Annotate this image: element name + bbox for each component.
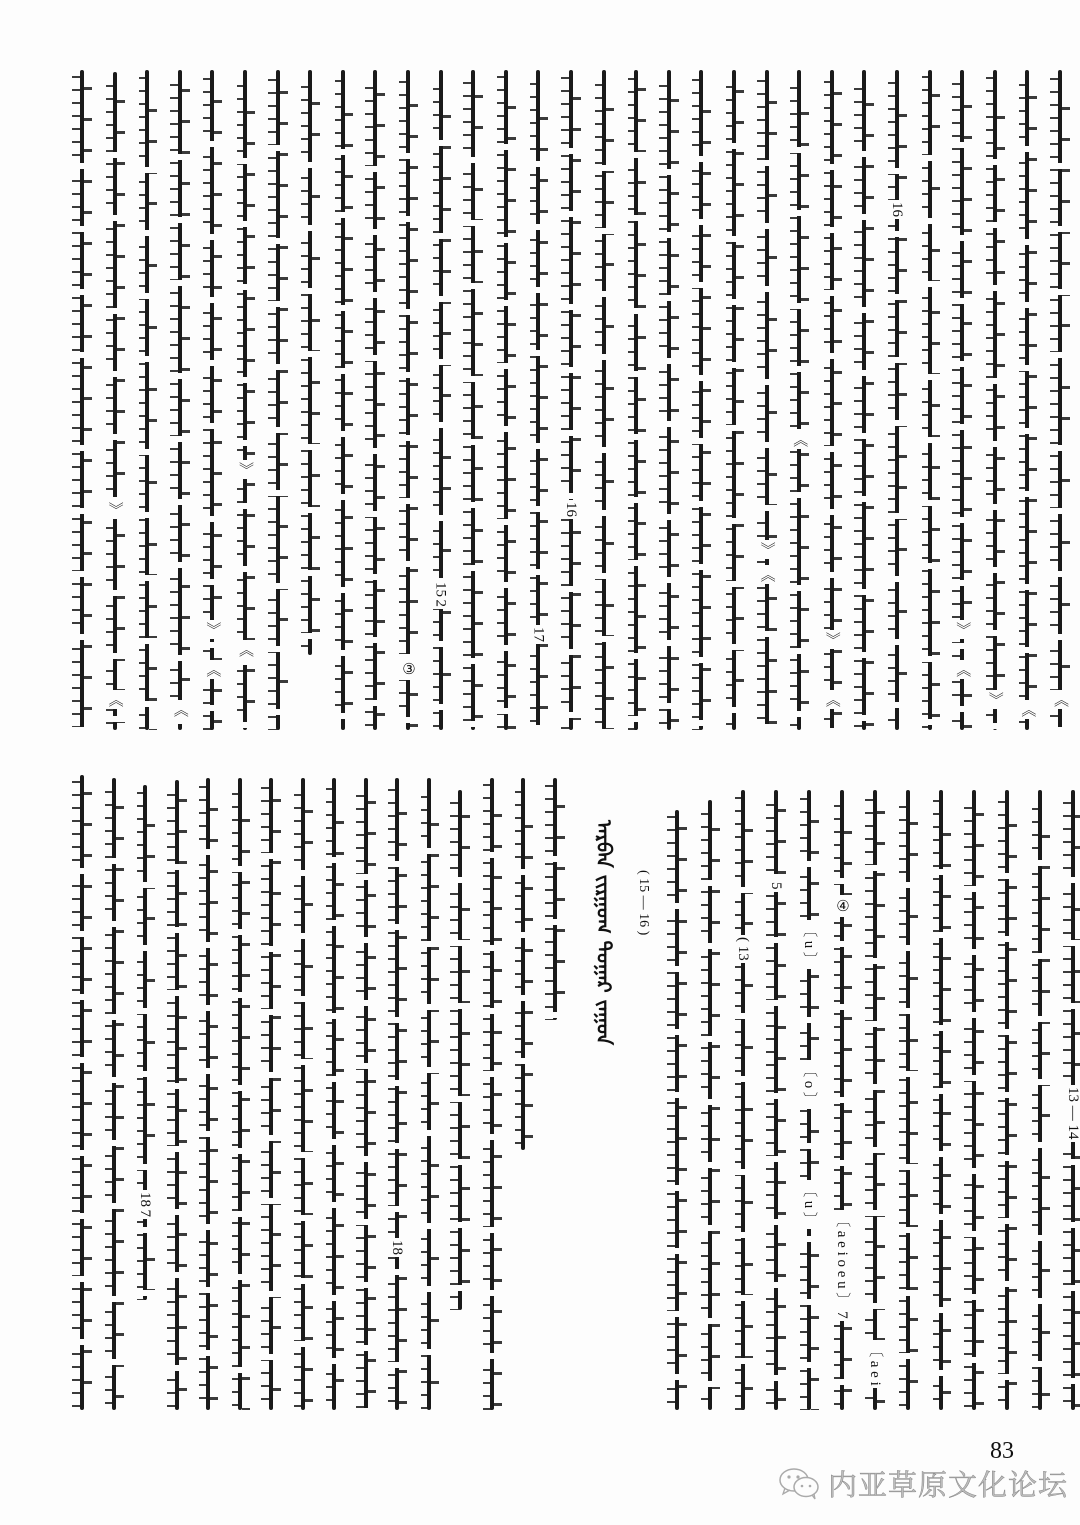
word-gap [1059, 1003, 1080, 1009]
word-gap [198, 642, 226, 648]
word-gap [131, 945, 159, 951]
word-gap [828, 878, 856, 884]
word-gap [948, 580, 976, 586]
inline-token: 13 — 14 [1061, 1085, 1080, 1142]
word-gap [478, 1071, 506, 1077]
word-gap [1013, 365, 1041, 371]
word-gap [590, 573, 618, 579]
script-glyphs [102, 778, 126, 1410]
word-gap [927, 1088, 955, 1094]
word-gap [655, 577, 683, 583]
text-column [665, 810, 689, 1410]
word-gap [257, 1417, 285, 1423]
script-glyphs [165, 780, 189, 1410]
word-gap [861, 1147, 889, 1153]
text-column [592, 70, 616, 730]
word-gap [427, 422, 455, 428]
word-gap [198, 234, 226, 240]
word-gap [960, 1012, 988, 1018]
inline-token: ④ [830, 895, 854, 917]
word-gap [729, 1013, 757, 1019]
word-gap [383, 924, 411, 930]
word-gap [524, 569, 552, 575]
word-gap [509, 869, 537, 875]
word-gap [590, 165, 618, 171]
word-gap [264, 301, 292, 307]
text-column [354, 778, 378, 1410]
word-gap [320, 857, 348, 863]
word-gap [264, 238, 292, 244]
word-gap [329, 305, 357, 311]
word-gap [427, 140, 455, 146]
word-gap [795, 1236, 823, 1242]
word-gap [883, 702, 911, 708]
word-gap [524, 506, 552, 512]
word-gap [1013, 239, 1041, 245]
text-column: 《》 [233, 70, 257, 730]
word-gap [753, 724, 781, 730]
word-gap [762, 1282, 790, 1288]
inline-token: 15 [429, 580, 453, 599]
word-gap [383, 1206, 411, 1212]
word-gap [231, 158, 259, 164]
script-glyphs [103, 72, 127, 730]
word-gap [446, 877, 474, 883]
word-gap [762, 1093, 790, 1099]
word-gap [394, 216, 422, 222]
word-gap [729, 1295, 757, 1301]
word-gap [622, 308, 650, 314]
word-gap [226, 929, 254, 935]
word-gap [427, 704, 455, 710]
text-column: 18 [385, 778, 409, 1410]
word-gap [198, 516, 226, 522]
word-gap [850, 715, 878, 721]
section-heading: ᠠᠷᠪᠠᠨ ᠵᠢᠷᠭᠤᠭ ᠳᠤᠭᠠᠷ ᠵᠠᠭᠤᠨ [592, 820, 622, 1045]
script-glyphs [461, 70, 485, 730]
word-gap [68, 1339, 96, 1345]
word-gap [828, 1004, 856, 1010]
word-gap [289, 996, 317, 1002]
watermark: 内亚草原文化论坛 [778, 1463, 1068, 1504]
word-gap [720, 644, 748, 650]
word-gap [960, 1231, 988, 1237]
word-gap [68, 289, 96, 295]
word-gap [264, 646, 292, 652]
script-glyphs [354, 778, 378, 1410]
text-column [102, 778, 126, 1410]
word-gap [687, 564, 715, 570]
word-gap [753, 379, 781, 385]
word-gap [226, 866, 254, 872]
word-gap [329, 149, 357, 155]
text-column [461, 70, 485, 730]
text-column: ( 13 [731, 790, 755, 1410]
word-gap [1046, 163, 1074, 169]
word-gap [687, 375, 715, 381]
word-gap [459, 220, 487, 226]
word-gap [1046, 445, 1074, 451]
word-gap [818, 353, 846, 359]
text-column [689, 70, 713, 730]
word-gap [524, 350, 552, 356]
word-gap [993, 1092, 1021, 1098]
text-column: 13 — 14 [1061, 790, 1080, 1410]
word-gap [948, 235, 976, 241]
word-gap [1026, 860, 1054, 866]
word-gap [557, 367, 585, 373]
inline-token: 《 [200, 660, 224, 679]
word-gap [696, 943, 724, 949]
word-gap [818, 509, 846, 515]
word-gap [916, 281, 944, 287]
word-gap [509, 1151, 537, 1157]
word-gap [289, 1341, 317, 1347]
word-gap [163, 1209, 191, 1215]
text-column: 〔 a e i [863, 790, 887, 1410]
word-gap [166, 373, 194, 379]
word-gap [231, 659, 259, 665]
word-gap [981, 441, 1009, 447]
word-gap [960, 1075, 988, 1081]
word-gap [394, 498, 422, 504]
word-gap [729, 1169, 757, 1175]
word-gap [883, 168, 911, 174]
word-gap [257, 1198, 285, 1204]
word-gap [492, 582, 520, 588]
word-gap [68, 931, 96, 937]
word-gap [557, 493, 585, 499]
text-column: 17 [526, 70, 550, 730]
text-column [228, 778, 252, 1410]
wechat-icon [778, 1467, 822, 1501]
inline-token: 《 [1015, 700, 1039, 719]
word-gap [289, 1278, 317, 1284]
word-gap [257, 946, 285, 952]
text-column [896, 790, 920, 1410]
word-gap [231, 284, 259, 290]
word-gap [446, 1096, 474, 1102]
word-gap [795, 861, 823, 867]
word-gap [289, 1152, 317, 1158]
watermark-text: 内亚草原文化论坛 [828, 1463, 1068, 1504]
word-gap [166, 499, 194, 505]
word-gap [415, 1067, 443, 1073]
word-gap [296, 162, 324, 168]
inline-token: 》 [950, 620, 974, 639]
word-gap [383, 1269, 411, 1275]
word-gap [1026, 1016, 1054, 1022]
script-glyphs [929, 790, 953, 1410]
word-gap [927, 1307, 955, 1313]
word-gap [861, 958, 889, 964]
word-gap [198, 297, 226, 303]
text-column [363, 70, 387, 730]
word-gap [329, 212, 357, 218]
script-glyphs [863, 790, 887, 1410]
text-column [298, 70, 322, 655]
text-column [331, 70, 355, 730]
word-gap [557, 148, 585, 154]
word-gap [795, 1143, 823, 1149]
word-gap [1046, 634, 1074, 640]
word-gap [622, 716, 650, 722]
word-gap [415, 1349, 443, 1355]
word-gap [1059, 1222, 1080, 1228]
word-gap [100, 1077, 128, 1083]
script-glyphs [494, 70, 518, 730]
word-gap [427, 641, 455, 647]
word-gap [729, 1076, 757, 1082]
word-gap [68, 727, 96, 733]
word-gap [655, 169, 683, 175]
word-gap [459, 658, 487, 664]
word-gap [1059, 1285, 1080, 1291]
word-gap [320, 1358, 348, 1364]
word-gap [927, 869, 955, 875]
word-gap [231, 503, 259, 509]
word-gap [329, 587, 357, 593]
inline-token: 》 [200, 620, 224, 639]
word-gap [264, 583, 292, 589]
text-column [291, 778, 315, 1410]
word-gap [622, 653, 650, 659]
word-gap [1013, 647, 1041, 653]
word-gap [383, 1143, 411, 1149]
word-gap [861, 865, 889, 871]
inline-token: 》 [233, 460, 257, 479]
section-heading-title: ᠠᠷᠪᠠᠨ ᠵᠢᠷᠭᠤᠭ ᠳᠤᠭᠠᠷ ᠵᠠᠭᠤᠨ [592, 820, 616, 1045]
word-gap [894, 945, 922, 951]
word-gap [524, 287, 552, 293]
word-gap [492, 300, 520, 306]
text-column: 》 [983, 70, 1007, 730]
word-gap [478, 1227, 506, 1233]
word-gap [194, 1005, 222, 1011]
word-gap [663, 1029, 691, 1035]
word-gap [296, 351, 324, 357]
word-gap [927, 932, 955, 938]
inline-token: ③ [396, 658, 420, 680]
word-gap [320, 1421, 348, 1427]
word-gap [981, 159, 1009, 165]
word-gap [231, 440, 259, 446]
text-column: 1718 [133, 785, 157, 1300]
word-gap [352, 1408, 380, 1414]
word-gap [361, 700, 389, 706]
inline-token: 《 [1048, 690, 1072, 709]
word-gap [818, 572, 846, 578]
word-gap [509, 932, 537, 938]
word-gap [541, 1012, 569, 1018]
text-column [322, 778, 346, 1410]
word-gap [1013, 428, 1041, 434]
word-gap [993, 1155, 1021, 1161]
word-gap [753, 505, 781, 511]
word-gap [696, 1036, 724, 1042]
word-gap [948, 142, 976, 148]
word-gap [133, 575, 161, 581]
word-gap [663, 1185, 691, 1191]
text-column [417, 778, 441, 1410]
word-gap [883, 576, 911, 582]
inline-token: 〔 a e i o e u 〕 7 [830, 1210, 854, 1321]
word-gap [916, 374, 944, 380]
word-gap [296, 570, 324, 576]
word-gap [101, 590, 129, 596]
word-gap [1026, 1361, 1054, 1367]
section-subheading: ( 15 — 16 ) [627, 870, 651, 935]
word-gap [696, 1099, 724, 1105]
word-gap [590, 510, 618, 516]
word-gap [100, 1296, 128, 1302]
word-gap [492, 645, 520, 651]
word-gap [296, 288, 324, 294]
word-gap [753, 160, 781, 166]
word-gap [427, 515, 455, 521]
inline-token: 16 [885, 200, 909, 219]
word-gap [993, 936, 1021, 942]
script-glyphs [722, 70, 746, 730]
word-gap [198, 579, 226, 585]
word-gap [166, 562, 194, 568]
word-gap [720, 299, 748, 305]
script-glyphs [298, 70, 322, 655]
word-gap [762, 1000, 790, 1006]
word-gap [948, 706, 976, 712]
word-gap [729, 1358, 757, 1364]
word-gap [655, 514, 683, 520]
word-gap [131, 1290, 159, 1296]
text-column: 《 [168, 70, 192, 730]
word-gap [459, 439, 487, 445]
word-gap [459, 565, 487, 571]
inline-token: ( 13 [731, 935, 755, 963]
word-gap [459, 157, 487, 163]
word-gap [320, 1076, 348, 1082]
text-column [918, 70, 942, 730]
word-gap [1013, 491, 1041, 497]
word-gap [894, 1290, 922, 1296]
word-gap [257, 1072, 285, 1078]
word-gap [960, 886, 988, 892]
word-gap [415, 1130, 443, 1136]
text-column [929, 790, 953, 1410]
word-gap [861, 1084, 889, 1090]
word-gap [296, 225, 324, 231]
word-gap [361, 229, 389, 235]
word-gap [100, 1422, 128, 1428]
word-gap [492, 708, 520, 714]
word-gap [415, 1223, 443, 1229]
script-glyphs [1028, 790, 1052, 1410]
word-gap [415, 848, 443, 854]
word-gap [696, 1381, 724, 1387]
word-gap [795, 1299, 823, 1305]
text-column [448, 790, 472, 1310]
text-column: 16 [885, 70, 909, 730]
word-gap [1046, 226, 1074, 232]
word-gap [166, 217, 194, 223]
word-gap [622, 434, 650, 440]
word-gap [993, 1281, 1021, 1287]
script-glyphs [70, 70, 94, 730]
word-gap [655, 358, 683, 364]
word-gap [194, 1413, 222, 1419]
text-column [852, 70, 876, 730]
word-gap [361, 574, 389, 580]
word-gap [257, 1009, 285, 1015]
word-gap [133, 293, 161, 299]
word-gap [622, 497, 650, 503]
word-gap [590, 291, 618, 297]
word-gap [663, 1374, 691, 1380]
script-glyphs [168, 70, 192, 730]
word-gap [226, 1430, 254, 1436]
word-gap [762, 1219, 790, 1225]
word-gap [828, 1379, 856, 1385]
word-gap [720, 425, 748, 431]
word-gap [459, 721, 487, 727]
word-gap [524, 443, 552, 449]
word-gap [541, 856, 569, 862]
word-gap [329, 650, 357, 656]
word-gap [415, 1286, 443, 1292]
word-gap [320, 1013, 348, 1019]
text-column: 《》 [103, 72, 127, 730]
word-gap [446, 1222, 474, 1228]
script-glyphs [196, 778, 220, 1410]
word-gap [478, 1008, 506, 1014]
word-gap [655, 295, 683, 301]
word-gap [687, 156, 715, 162]
word-gap [427, 233, 455, 239]
word-gap [231, 722, 259, 728]
word-gap [478, 945, 506, 951]
word-gap [101, 653, 129, 659]
word-gap [948, 361, 976, 367]
text-column: ④〔 a e i o e u 〕 7 [830, 790, 854, 1410]
word-gap [663, 903, 691, 909]
word-gap [257, 1291, 285, 1297]
word-gap [557, 211, 585, 217]
word-gap [590, 228, 618, 234]
script-glyphs [624, 70, 648, 730]
script-glyphs [918, 70, 942, 730]
word-gap [960, 1294, 988, 1300]
word-gap [850, 151, 878, 157]
word-gap [131, 1164, 159, 1170]
word-gap [198, 141, 226, 147]
word-gap [850, 589, 878, 595]
word-gap [394, 717, 422, 723]
script-glyphs [852, 70, 876, 730]
word-gap [320, 1139, 348, 1145]
word-gap [264, 364, 292, 370]
word-gap [753, 442, 781, 448]
word-gap [818, 446, 846, 452]
word-gap [993, 1374, 1021, 1380]
word-gap [492, 426, 520, 432]
word-gap [492, 519, 520, 525]
word-gap [352, 937, 380, 943]
text-column: 《》 [820, 70, 844, 730]
word-gap [194, 1068, 222, 1074]
word-gap [981, 222, 1009, 228]
word-gap [720, 236, 748, 242]
word-gap [329, 368, 357, 374]
word-gap [352, 1219, 380, 1225]
